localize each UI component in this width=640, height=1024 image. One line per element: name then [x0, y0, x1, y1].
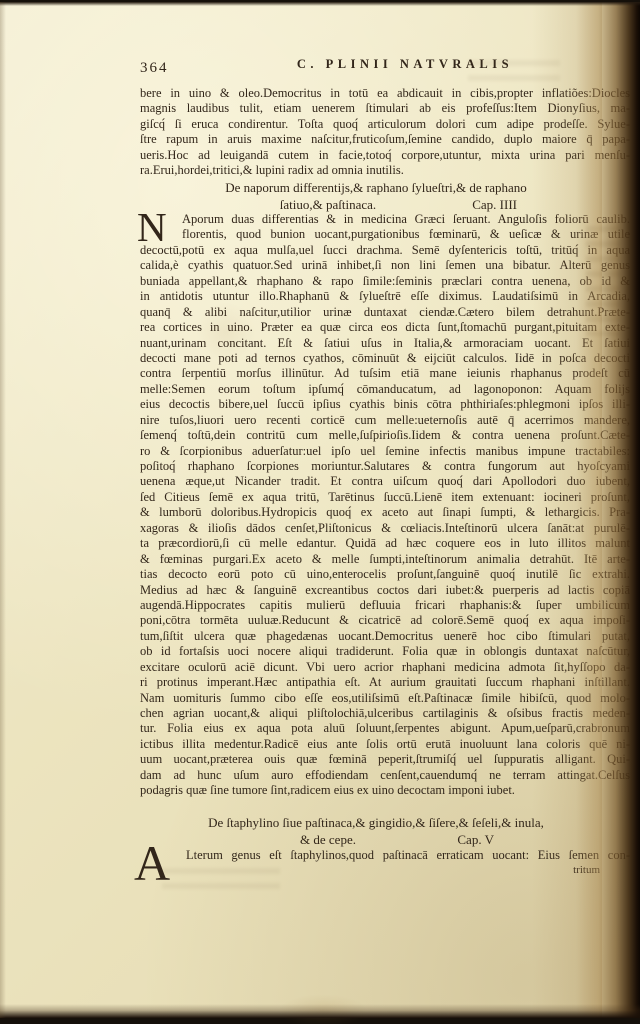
text-line: florentis, quod bunion uocant,purgationi… — [140, 227, 630, 242]
page-surface: 364 C. PLINII NATVRALIS bere in uino & o… — [0, 2, 640, 1018]
text-line: ro & ſcorpionibus aduerſatur:uel ipſo ue… — [140, 444, 630, 459]
text-line: xagoras & ilioſis dādos cenſet,Pliſtonic… — [140, 521, 630, 536]
text-line: chen agrian uocant,& aliqui pliſtolochiā… — [140, 706, 630, 721]
catchword: tritum — [140, 863, 630, 878]
text-line: augendā.Hippocrates capitis mulierū defl… — [140, 598, 630, 613]
chapter5-label: Cap. V — [457, 831, 494, 848]
text-line: calida,è cyathis quatuor.Sed urinā inhib… — [140, 258, 630, 273]
text-line: buniada appellant,& rhaphano & rapo ſimi… — [140, 274, 630, 289]
chapter4-heading: De naporum differentijs,& raphano ſylueſ… — [140, 179, 612, 213]
text-line: ri protinus imperant.Hæc antipathia eſt.… — [140, 675, 630, 690]
text-line: melle:Semen eorum toſtum ipſumq́ cōmandu… — [140, 382, 630, 397]
page-top-edge — [0, 2, 640, 6]
text-line: Nam uomituris ſummo cibo eſſe eos,utiliſ… — [140, 691, 630, 706]
book-photo: 364 C. PLINII NATVRALIS bere in uino & o… — [0, 0, 640, 1024]
text-line: ſtre rapum in aruis maxime naſcitur,frut… — [140, 132, 630, 147]
text-line: quanq̄ & alibi naſcitur,utilior urinæ du… — [140, 305, 630, 320]
text-line: excitare oculorū aciē dicunt. Vbi uero a… — [140, 660, 630, 675]
text-line: Medius ad hæc & ſanguinē excreantibus co… — [140, 583, 630, 598]
drop-cap-n: N — [137, 212, 167, 243]
text-line: ueris.Hoc ad leuigandā cutem in facie,to… — [140, 148, 630, 163]
text-line: nire tuſos,liuori uero recenti corticē c… — [140, 413, 630, 428]
text-line: tum,ſiſtit ulcera quæ phagedænas uocant.… — [140, 629, 630, 644]
text-line: ictibus illita medentur.Radicē eius ante… — [140, 737, 630, 752]
text-line: rea cortices in uino. Præter ea quæ circ… — [140, 320, 630, 335]
text-line: ſemenq́ toſtū,dein contritū cum melle,ſu… — [140, 428, 630, 443]
text-line: Lterum genus eſt ſtaphylinos,quod paſtin… — [140, 848, 630, 863]
text-line: ob id fortaſsis uoci nocere aliqui tradi… — [140, 644, 630, 659]
text-line: uum uocant,præterea ouis quæ fœminā pepe… — [140, 752, 630, 767]
paragraph-continuation: bere in uino & oleo.Democritus in totū e… — [140, 86, 630, 179]
text-line: ta præcordiorū,ſi cū melle edantur. Quid… — [140, 536, 630, 551]
page-bottom-edge — [0, 1004, 640, 1018]
chapter4-heading-line2: ſatiuo,& paſtinaca. Cap. IIII — [140, 196, 612, 213]
text-line: bere in uino & oleo.Democritus in totū e… — [140, 86, 630, 101]
text-line: dam ad hunc uſum auro effodiendam cenſen… — [140, 768, 630, 783]
chapter4-heading-line1: De naporum differentijs,& raphano ſylueſ… — [140, 179, 612, 196]
chapter4-heading-subtitle: ſatiuo,& paſtinaca. — [280, 196, 376, 213]
chapter4-lines: Aporum duas differentias & in medicina G… — [140, 212, 630, 799]
text-line: & fœminas purgari.Ex aceto & melle ſumpt… — [140, 552, 630, 567]
chapter5-heading-line1: De ſtaphylino ſiue paſtinaca,& gingidio,… — [140, 814, 612, 831]
text-line: ſed Citieus ſemē ex aqua tritū, Tarētinu… — [140, 490, 630, 505]
chapter4-label: Cap. IIII — [472, 196, 517, 213]
text-line: decoctū,potū ex aqua mulſa,uel ſucci dra… — [140, 243, 630, 258]
text-line: ra.Erui,hordei,tritici,& lupini radix ad… — [140, 163, 630, 178]
text-line: in antidotis utuntur illo.Rhaphanū & ſyl… — [140, 289, 630, 304]
text-line: & lumborū doloribus.Hydropicis quoq́ ex … — [140, 505, 630, 520]
text-line: magnis laudibus tulit, etiam uenerem ſti… — [140, 101, 630, 116]
chapter5-heading-line2: & de cepe. Cap. V — [140, 831, 612, 848]
text-line: tur. Folia eius ex aqua pota aluū ſoluun… — [140, 721, 630, 736]
text-line: contra ſerpentiū morſus illinūtur. Ad tu… — [140, 366, 630, 381]
chapter4-body: N Aporum duas differentias & in medicina… — [140, 212, 630, 799]
text-line: poſitoq́ rhaphano ſcorpiones moriuntur.S… — [140, 459, 630, 474]
text-line: uenena æque,ut Nicander tradit. Et contr… — [140, 474, 630, 489]
text-line: eius decoctis bibere,uel ſuccū ipſius cy… — [140, 397, 630, 412]
chapter5-body: A Lterum genus eſt ſtaphylinos,quod paſt… — [140, 848, 630, 878]
drop-cap-a: A — [134, 842, 170, 884]
running-header: C. PLINII NATVRALIS — [140, 57, 630, 72]
text-line: podagris quæ ſine tumore ſint,radicem ei… — [140, 783, 630, 798]
text-line: tias decocto eorū poto cū uino,enterocel… — [140, 567, 630, 582]
text-line: nuant,urinam concitant. Eſt & ſatiui uſu… — [140, 336, 630, 351]
text-line: giſcq́ ſi eruca condirentur. Toſta quoq́… — [140, 117, 630, 132]
page-left-edge — [0, 2, 6, 1018]
text-line: decocti mane poti ad ternos cyathos, cōm… — [140, 351, 630, 366]
chapter5-heading: De ſtaphylino ſiue paſtinaca,& gingidio,… — [140, 814, 612, 848]
chapter5-heading-subtitle: & de cepe. — [300, 831, 356, 848]
text-line: poni,cōtra tormēta uuluæ.Reducunt & cica… — [140, 613, 630, 628]
text-line: Aporum duas differentias & in medicina G… — [140, 212, 630, 227]
